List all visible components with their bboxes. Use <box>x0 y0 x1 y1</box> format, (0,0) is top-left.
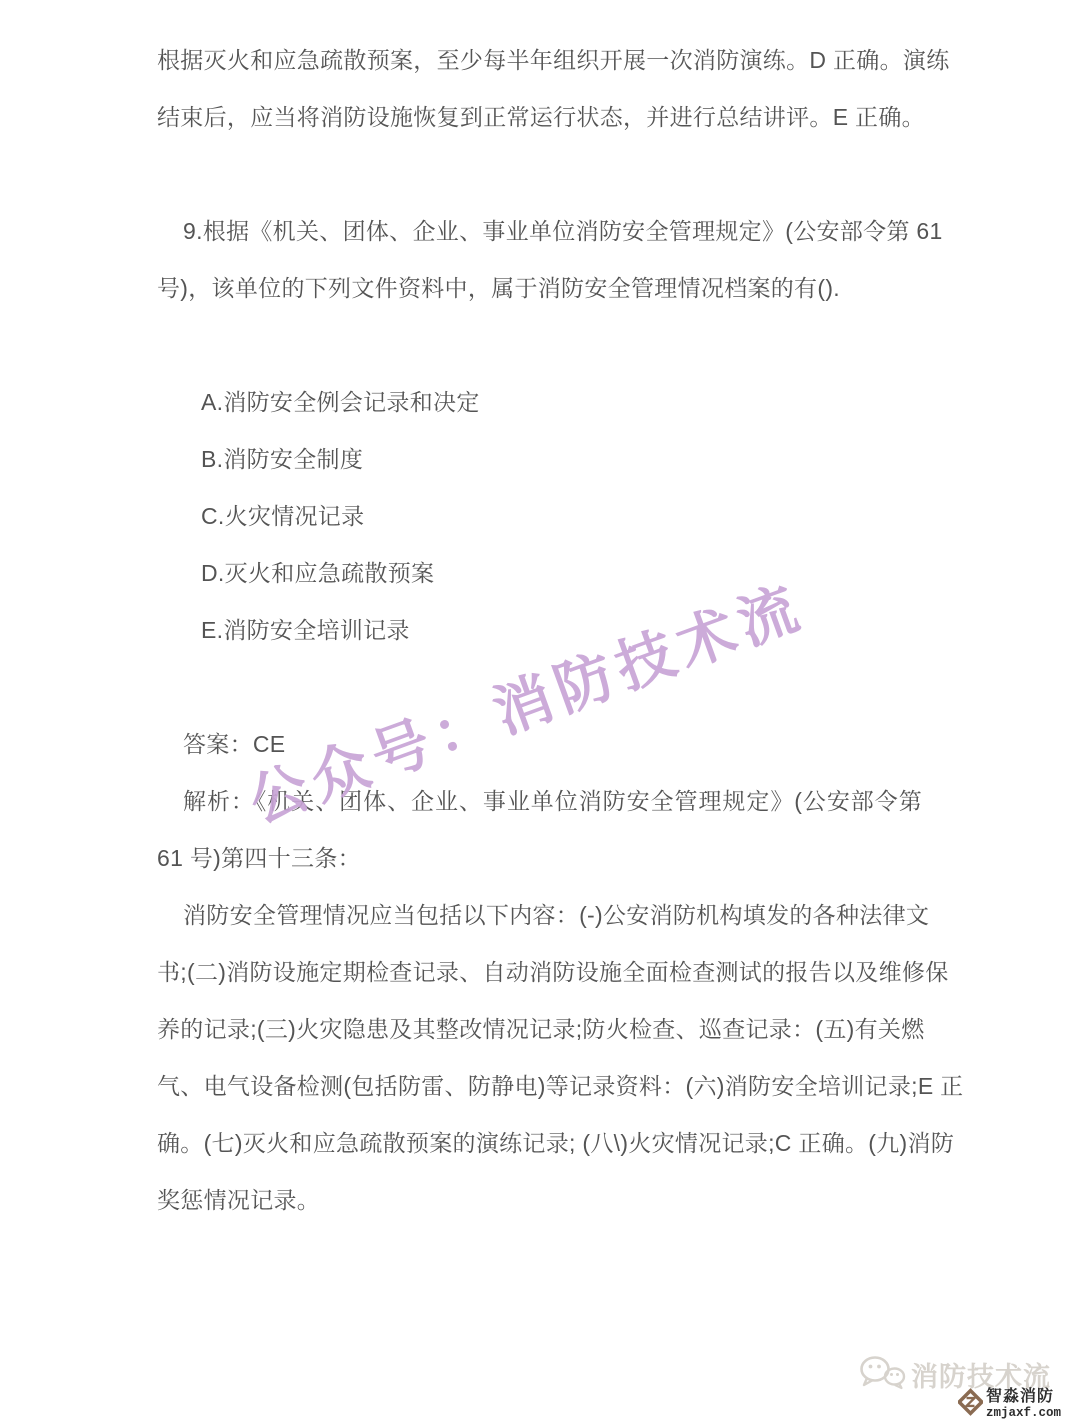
option-c: C.火灾情况记录 <box>157 488 922 545</box>
brand-texts: 智淼消防 zmjaxf.com <box>986 1389 1061 1420</box>
brand-domain: zmjaxf.com <box>986 1407 1061 1420</box>
document-content: 根据灭火和应急疏散预案，至少每半年组织开展一次消防演练。D 正确。演练 结束后，… <box>157 32 922 1229</box>
answer-line: 答案：CE <box>157 716 922 773</box>
regulation-content-line-6: 奖惩情况记录。 <box>157 1172 922 1229</box>
document-page: 根据灭火和应急疏散预案，至少每半年组织开展一次消防演练。D 正确。演练 结束后，… <box>0 0 1080 1424</box>
regulation-content-line-2: 书;(二)消防设施定期检查记录、自动消防设施全面检查测试的报告以及维修保 <box>157 944 922 1001</box>
continuation-line-2: 结束后，应当将消防设施恢复到正常运行状态，并进行总结讲评。E 正确。 <box>157 89 922 146</box>
brand-badge: 智淼消防 zmjaxf.com <box>958 1388 1061 1421</box>
option-d: D.灭火和应急疏散预案 <box>157 545 922 602</box>
analysis-line-2: 61 号)第四十三条： <box>157 830 922 887</box>
option-b: B.消防安全制度 <box>157 431 922 488</box>
analysis-line-1: 解析：《机关、团体、企业、事业单位消防安全管理规定》(公安部令第 <box>157 773 922 830</box>
regulation-content-line-3: 养的记录;(三)火灾隐患及其整改情况记录;防火检查、巡查记录：(五)有关燃 <box>157 1001 922 1058</box>
regulation-content-line-4: 气、电气设备检测(包括防雷、防静电)等记录资料：(六)消防安全培训记录;E 正 <box>157 1058 922 1115</box>
brand-name: 智淼消防 <box>986 1389 1061 1405</box>
regulation-content-line-5: 确。(七)灭火和应急疏散预案的演练记录; (八\)火灾情况记录;C 正确。(九)… <box>157 1115 922 1172</box>
option-e: E.消防安全培训记录 <box>157 602 922 659</box>
regulation-content-line-1: 消防安全管理情况应当包括以下内容：(-)公安消防机构填发的各种法律文 <box>157 887 922 944</box>
continuation-line-1: 根据灭火和应急疏散预案，至少每半年组织开展一次消防演练。D 正确。演练 <box>157 32 922 89</box>
question-9-line-2: 号)，该单位的下列文件资料中，属于消防安全管理情况档案的有(). <box>157 260 922 317</box>
diamond-z-logo-icon <box>958 1388 983 1421</box>
option-a: A.消防安全例会记录和决定 <box>157 374 922 431</box>
wechat-icon <box>858 1354 906 1395</box>
question-9-line-1: 9.根据《机关、团体、企业、事业单位消防安全管理规定》(公安部令第 61 <box>157 203 922 260</box>
